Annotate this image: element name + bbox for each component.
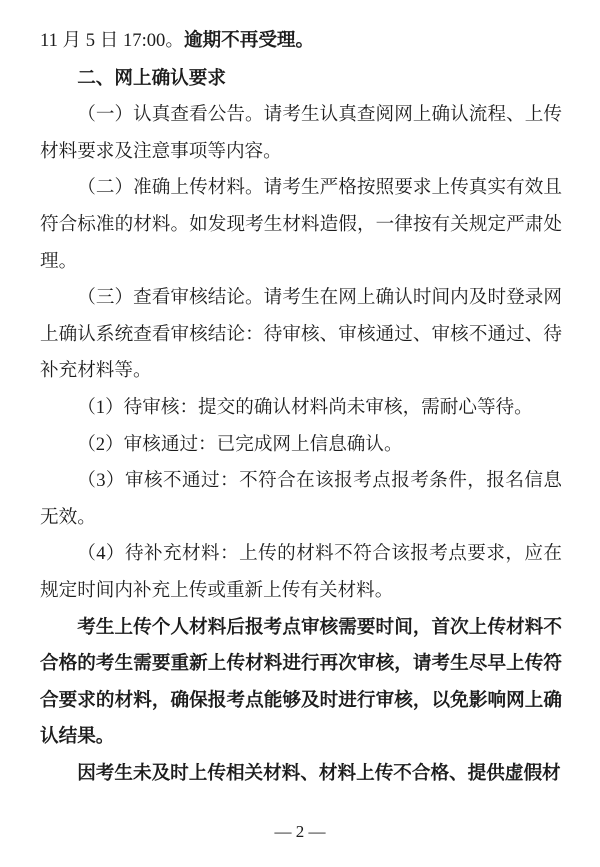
page-number: — 2 — [0,820,600,844]
document-body: 11 月 5 日 17:00。逾期不再受理。二、网上确认要求（一）认真查看公告。… [40,22,562,792]
paragraph: （2）审核通过：已完成网上信息确认。 [40,427,562,464]
text-run: （一）认真查看公告。请考生认真查阅网上确认流程、上传材料要求及注意事项等内容。 [40,104,562,162]
text-run: 11 月 5 日 17:00。 [40,30,184,51]
paragraph: （4）待补充材料：上传的材料不符合该报考点要求，应在规定时间内补充上传或重新上传… [40,536,562,609]
text-run: （1）待审核：提交的确认材料尚未审核，需耐心等待。 [77,397,533,418]
paragraph: （三）查看审核结论。请考生在网上确认时间内及时登录网上确认系统查看审核结论：待审… [40,280,562,390]
paragraph: 11 月 5 日 17:00。逾期不再受理。 [40,22,562,60]
text-run: （三）查看审核结论。请考生在网上确认时间内及时登录网上确认系统查看审核结论：待审… [40,287,562,381]
paragraph: （1）待审核：提交的确认材料尚未审核，需耐心等待。 [40,390,562,427]
text-run: （4）待补充材料：上传的材料不符合该报考点要求，应在规定时间内补充上传或重新上传… [40,543,562,601]
text-run: 考生上传个人材料后报考点审核需要时间，首次上传材料不合格的考生需要重新上传材料进… [40,617,562,748]
section-heading: 二、网上确认要求 [40,60,562,98]
paragraph: （一）认真查看公告。请考生认真查阅网上确认流程、上传材料要求及注意事项等内容。 [40,97,562,170]
document-page: 11 月 5 日 17:00。逾期不再受理。二、网上确认要求（一）认真查看公告。… [0,0,600,867]
paragraph: （3）审核不通过：不符合在该报考点报考条件，报名信息无效。 [40,463,562,536]
paragraph: 因考生未及时上传相关材料、材料上传不合格、提供虚假材 [40,756,562,793]
text-run: （2）审核通过：已完成网上信息确认。 [77,434,402,455]
paragraph: （二）准确上传材料。请考生严格按照要求上传真实有效且符合标准的材料。如发现考生材… [40,170,562,280]
text-run: 逾期不再受理。 [184,29,314,50]
text-run: 二、网上确认要求 [77,67,226,88]
text-run: （二）准确上传材料。请考生严格按照要求上传真实有效且符合标准的材料。如发现考生材… [40,177,562,271]
paragraph: 考生上传个人材料后报考点审核需要时间，首次上传材料不合格的考生需要重新上传材料进… [40,610,562,756]
text-run: （3）审核不通过：不符合在该报考点报考条件，报名信息无效。 [40,470,562,528]
text-run: 因考生未及时上传相关材料、材料上传不合格、提供虚假材 [77,763,560,784]
